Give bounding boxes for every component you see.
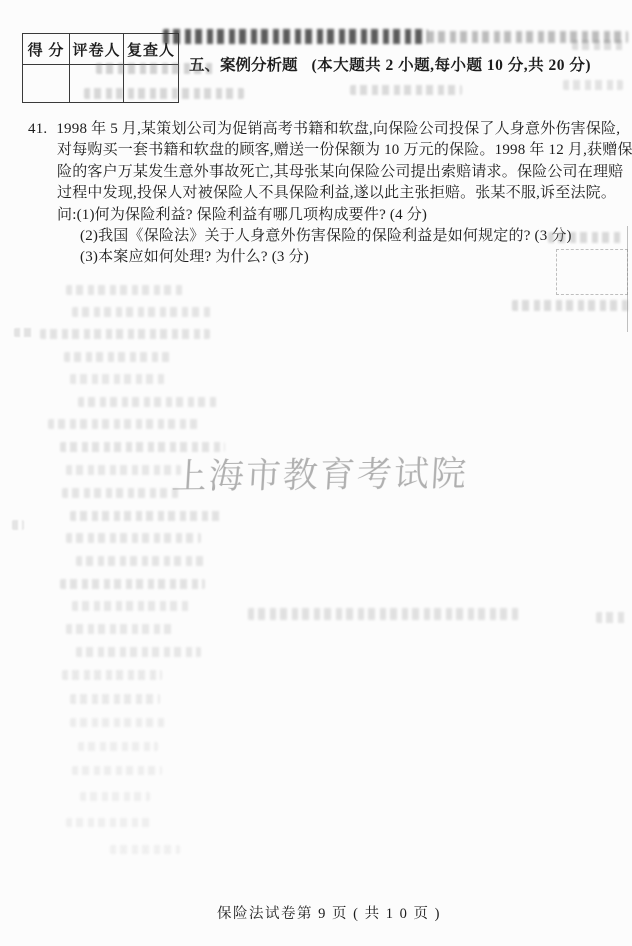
bleed-through-smudge xyxy=(66,818,151,827)
score-cell xyxy=(23,65,70,103)
grader-header: 评卷人 xyxy=(70,34,124,65)
bleed-through-smudge xyxy=(110,845,180,854)
question-subpart-1: 问:(1)何为保险利益? 保险利益有哪几项构成要件? (4 分) xyxy=(57,205,626,226)
bleed-through-smudge xyxy=(350,85,462,95)
score-table: 得 分 评卷人 复查人 xyxy=(22,33,179,103)
bleed-through-smudge xyxy=(512,300,630,311)
bleed-through-smudge xyxy=(48,419,198,429)
question-subpart-3: (3)本案应如何处理? 为什么? (3 分) xyxy=(80,247,626,268)
bleed-through-smudge xyxy=(60,579,205,589)
checker-cell xyxy=(124,65,179,103)
bleed-through-smudge xyxy=(248,608,520,620)
bleed-through-smudge xyxy=(563,80,623,90)
score-header: 得 分 xyxy=(23,34,70,65)
bleed-through-smudge xyxy=(78,397,218,407)
bleed-through-smudge xyxy=(66,465,181,475)
bleed-through-smudge xyxy=(596,612,628,623)
bleed-through-smudge xyxy=(76,556,206,566)
bleed-through-smudge xyxy=(64,352,174,362)
bleed-through-smudge xyxy=(70,694,160,704)
section-points-note: (本大题共 2 小题,每小题 10 分,共 20 分) xyxy=(312,57,592,74)
score-table-blank-row xyxy=(23,65,179,103)
question-41: 41.1998 年 5 月,某策划公司为促销高考书籍和软盘,向保险公司投保了人身… xyxy=(28,119,626,269)
bleed-through-smudge xyxy=(62,670,162,680)
question-line: 对每购买一套书籍和软盘的顾客,赠送一份保额为 10 万元的保险。1998 年 1… xyxy=(57,140,626,161)
checker-header: 复查人 xyxy=(124,34,179,65)
bleed-through-smudge xyxy=(72,307,212,317)
bleed-through-smudge xyxy=(80,792,150,801)
bleed-through-rule xyxy=(627,226,628,332)
bleed-through-smudge xyxy=(76,647,201,657)
bleed-through-smudge xyxy=(40,329,210,339)
bleed-through-smudge xyxy=(72,766,162,775)
grader-cell xyxy=(70,65,124,103)
bleed-through-smudge xyxy=(572,40,624,50)
question-number: 41. xyxy=(28,121,47,137)
bleed-through-smudge xyxy=(70,718,165,727)
bleed-through-smudge xyxy=(66,285,186,295)
exam-page-scan: 得 分 评卷人 复查人 五、案例分析题(本大题共 2 小题,每小题 10 分,共… xyxy=(0,0,632,946)
section-title: 五、案例分析题 xyxy=(189,57,298,74)
bleed-through-smudge xyxy=(62,488,182,498)
bleed-through-smudge xyxy=(70,374,165,384)
bleed-through-smudge xyxy=(12,520,24,530)
question-text: 1998 年 5 月,某策划公司为促销高考书籍和软盘,向保险公司投保了人身意外伤… xyxy=(56,121,620,137)
question-line: 险的客户万某发生意外事故死亡,其母张某向保险公司提出索赔请求。保险公司在理赔 xyxy=(57,162,626,183)
question-line: 41.1998 年 5 月,某策划公司为促销高考书籍和软盘,向保险公司投保了人身… xyxy=(28,119,626,140)
bleed-through-smudge xyxy=(428,31,628,43)
section-heading: 五、案例分析题(本大题共 2 小题,每小题 10 分,共 20 分) xyxy=(189,53,591,75)
bleed-through-smudge xyxy=(70,511,220,521)
question-subpart-2: (2)我国《保险法》关于人身意外伤害保险的保险利益是如何规定的? (3 分) xyxy=(80,226,626,247)
page-footer: 保险法试卷第 9 页 ( 共 1 0 页 ) xyxy=(217,902,441,923)
bleed-through-smudge xyxy=(78,742,158,751)
watermark-text: 上海市教育考试院 xyxy=(170,446,469,499)
bleed-through-smudge xyxy=(72,601,192,611)
question-line: 过程中发现,投保人对被保险人不具保险利益,遂以此主张拒赔。张某不服,诉至法院。 xyxy=(57,183,626,204)
bleed-through-smudge xyxy=(163,29,428,44)
bleed-through-smudge xyxy=(66,624,176,634)
bleed-through-smudge xyxy=(66,533,201,543)
bleed-through-smudge xyxy=(14,328,32,337)
score-table-header-row: 得 分 评卷人 复查人 xyxy=(23,34,179,65)
